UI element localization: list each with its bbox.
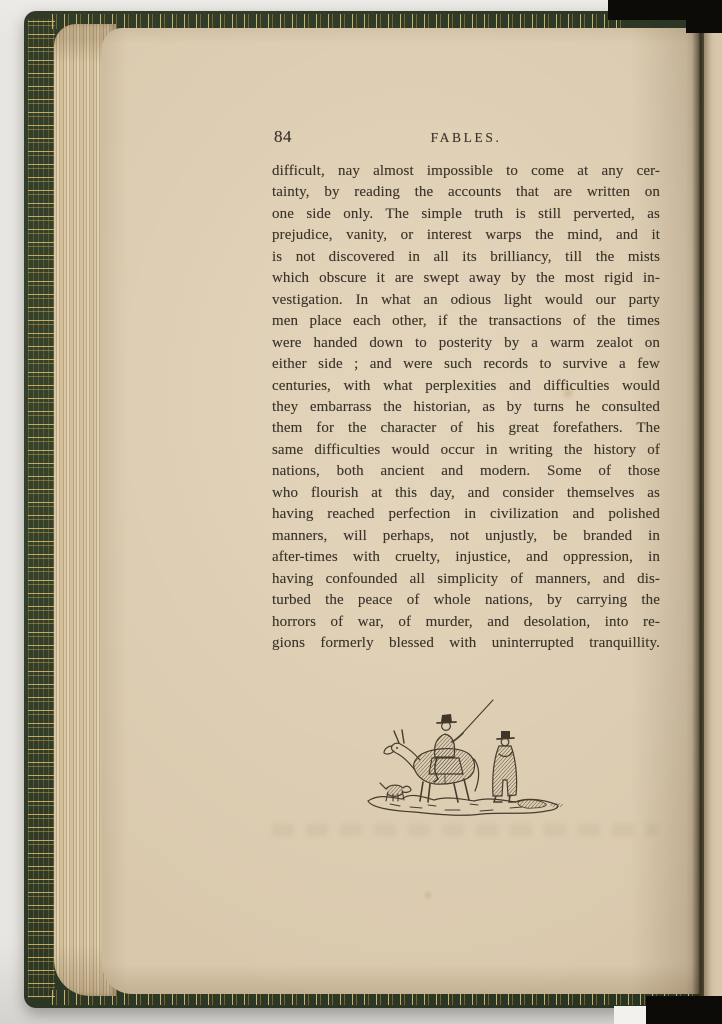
body-line: manners, will perhaps, not unjustly, be …: [272, 526, 660, 547]
page-number: 84: [274, 127, 292, 147]
body-line: which obscure it are swept away by the m…: [272, 268, 660, 289]
body-line: tainty, by reading the accounts that are…: [272, 182, 660, 203]
foxing-spot: [422, 890, 434, 900]
body-line: prejudice, vanity, or interest warps the…: [272, 225, 660, 246]
background-chip: [614, 1006, 646, 1024]
ink-showthrough: [272, 824, 658, 836]
body-line: horrors of war, of murder, and desolatio…: [272, 612, 660, 633]
body-line: is not discovered in all its brilliancy,…: [272, 247, 660, 268]
page-header: 84 FABLES.: [272, 127, 660, 161]
body-line: turbed the peace of whole nations, by ca…: [272, 590, 660, 611]
illustration-vignette: [350, 698, 582, 822]
body-line: vestigation. In what an odious light wou…: [272, 290, 660, 311]
standing-man: [493, 731, 517, 802]
body-line: either side ; and were such records to s…: [272, 354, 660, 375]
gilt-border-left: [28, 19, 55, 998]
facing-page-sliver: [704, 20, 722, 1008]
body-line: them for the character of his great fore…: [272, 418, 660, 439]
body-line: difficult, nay almost impossible to come…: [272, 161, 660, 182]
body-line: one side only. The simple truth is still…: [272, 204, 660, 225]
gilt-border-top: [50, 14, 622, 29]
body-line: having confounded all simplicity of mann…: [272, 569, 660, 590]
body-line: they embarrass the historian, as by turn…: [272, 397, 660, 418]
body-line: nations, both ancient and modern. Some o…: [272, 461, 660, 482]
ground: [368, 796, 564, 816]
book-page: 84 FABLES. difficult, nay almost impossi…: [102, 28, 700, 994]
body-line: centuries, with what perplexities and di…: [272, 376, 660, 397]
body-text: difficult, nay almost impossible to come…: [272, 161, 660, 654]
dark-corner-top-right: [686, 0, 722, 33]
book-photograph: 84 FABLES. difficult, nay almost impossi…: [0, 0, 722, 1024]
body-line: having reached perfection in civilizatio…: [272, 504, 660, 525]
body-line: after-times with cruelty, injustice, and…: [272, 547, 660, 568]
gutter-shadow: [692, 22, 704, 1008]
body-line: same difficulties would occur in writing…: [272, 440, 660, 461]
text-column: 84 FABLES. difficult, nay almost impossi…: [272, 127, 660, 822]
dark-corner-bottom-right: [646, 996, 722, 1024]
running-title: FABLES.: [272, 127, 660, 146]
body-line: who flourish at this day, and consider t…: [272, 483, 660, 504]
body-line: were handed down to posterity by a warm …: [272, 333, 660, 354]
body-line: men place each other, if the transaction…: [272, 311, 660, 332]
body-line: gions formerly blessed with uninterrupte…: [272, 633, 660, 654]
